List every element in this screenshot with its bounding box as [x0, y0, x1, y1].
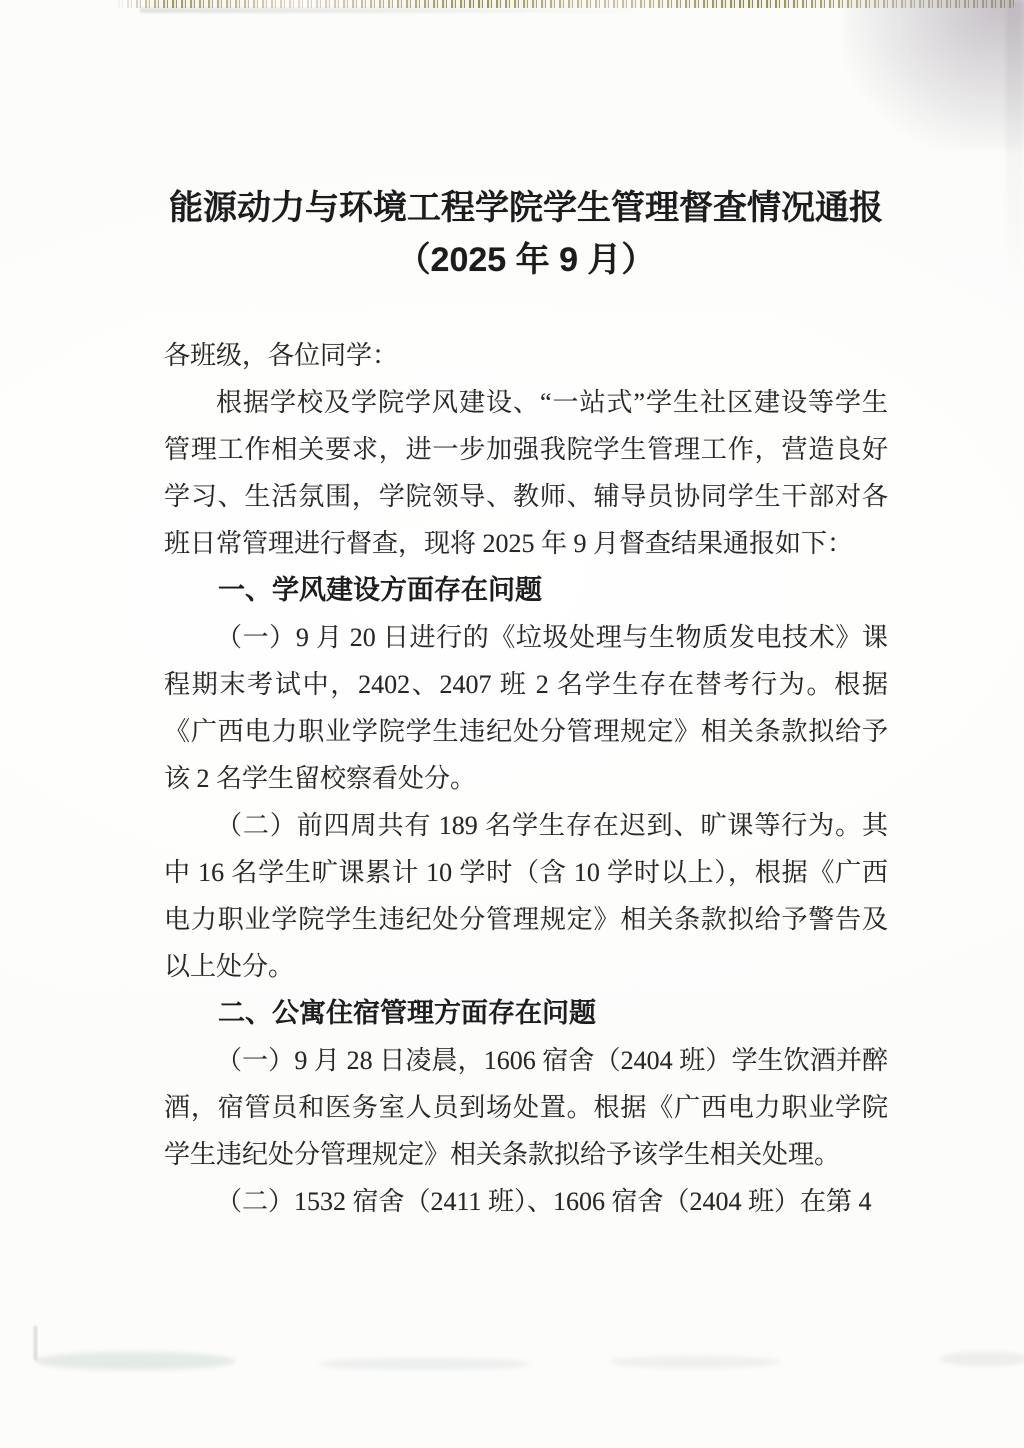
section-1-heading: 一、学风建设方面存在问题: [164, 567, 888, 614]
section-1-paragraph-2: （二）前四周共有 189 名学生存在迟到、旷课等行为。其中 16 名学生旷课累计…: [164, 802, 888, 990]
section-1-paragraph-1: （一）9 月 20 日进行的《垃圾处理与生物质发电技术》课程期末考试中，2402…: [164, 614, 888, 802]
section-2-paragraph-2: （二）1532 宿舍（2411 班）、1606 宿舍（2404 班）在第 4: [164, 1178, 888, 1225]
corner-smudge-artifact: [844, 0, 1024, 150]
scan-smudge: [35, 1352, 235, 1370]
section-2-heading: 二、公寓住宿管理方面存在问题: [164, 990, 888, 1037]
document-text: 各班级，各位同学： 根据学校及学院学风建设、“一站式”学生社区建设等学生管理工作…: [164, 332, 888, 1225]
salutation: 各班级，各位同学：: [164, 332, 888, 379]
scan-smudge: [320, 1358, 530, 1370]
document-title-line2: （2025 年 9 月）: [164, 234, 888, 286]
document-body: 能源动力与环境工程学院学生管理督查情况通报 （2025 年 9 月） 各班级，各…: [164, 182, 888, 1225]
right-edge-shade-artifact: [1006, 0, 1024, 300]
document-title-line1: 能源动力与环境工程学院学生管理督查情况通报: [164, 182, 888, 234]
scan-smudge: [610, 1356, 780, 1368]
intro-paragraph: 根据学校及学院学风建设、“一站式”学生社区建设等学生管理工作相关要求，进一步加强…: [164, 379, 888, 567]
scanner-edge-shadow-artifact: [140, 8, 660, 13]
scan-tick-artifact: [34, 1326, 37, 1360]
section-2-paragraph-1: （一）9 月 28 日凌晨，1606 宿舍（2404 班）学生饮酒并醉酒，宿管员…: [164, 1037, 888, 1178]
scan-smudge: [940, 1352, 1024, 1366]
document-title: 能源动力与环境工程学院学生管理督查情况通报 （2025 年 9 月）: [164, 182, 888, 286]
